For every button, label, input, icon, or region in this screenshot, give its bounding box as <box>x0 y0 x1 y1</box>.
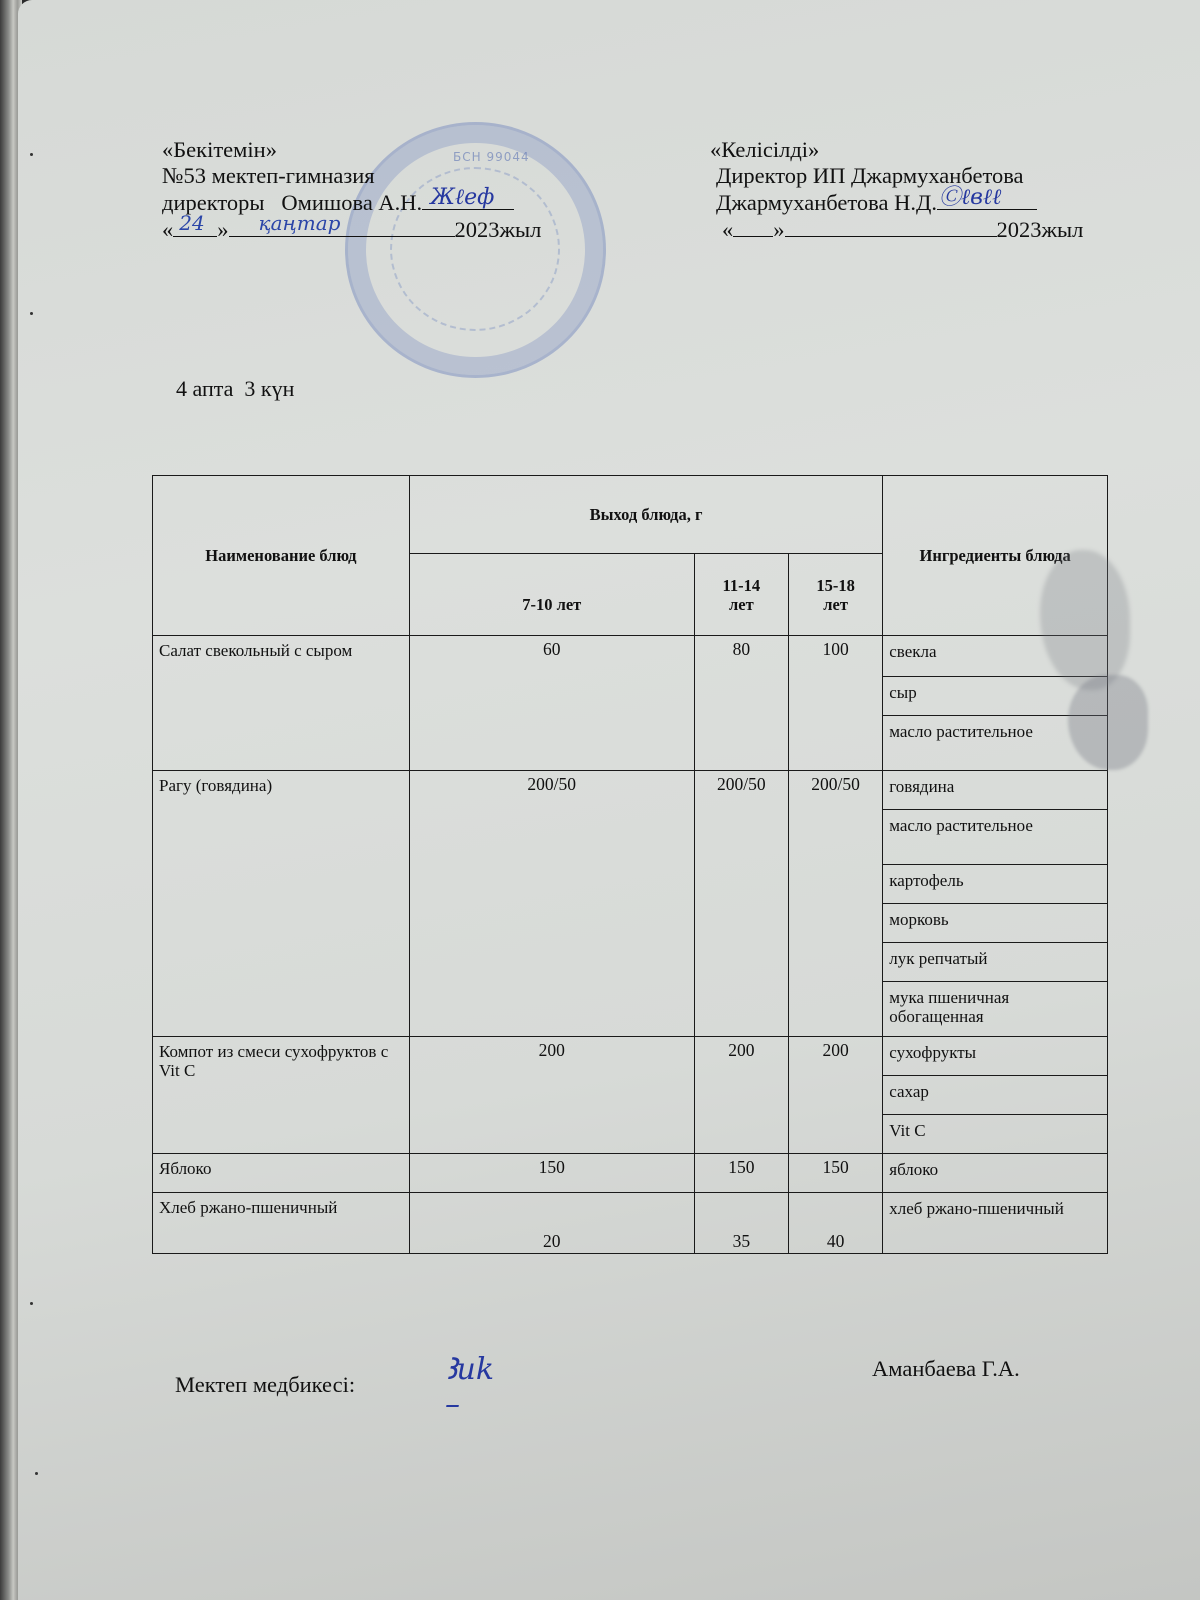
table-row: Компот из смеси сухофруктов с Vit C20020… <box>153 1037 1108 1154</box>
header-age-7-10: 7-10 лет <box>409 554 694 636</box>
agreement-date-line: «»2023жыл <box>722 216 1083 243</box>
ingredient-item: хлеб ржано-пшеничный <box>883 1193 1107 1253</box>
approval-block: «Бекітемін» №53 мектеп-гимназия директор… <box>162 137 541 243</box>
ingredient-item: лук репчатый <box>883 943 1107 982</box>
menu-table: Наименование блюд Выход блюда, г Ингреди… <box>152 475 1108 1254</box>
punch-dot <box>30 1302 33 1305</box>
dish-name-cell: Яблоко <box>153 1154 410 1193</box>
agreement-role: Директор ИП Джармуханбетова <box>716 163 1083 189</box>
yield-age-2-cell: 80 <box>694 636 788 771</box>
header-yield: Выход блюда, г <box>409 476 882 554</box>
table-row: Яблоко150150150яблоко <box>153 1154 1108 1193</box>
yield-age-3-cell: 40 <box>788 1193 882 1254</box>
ingredient-item: картофель <box>883 865 1107 904</box>
ingredient-item: говядина <box>883 771 1107 810</box>
ingredient-item: морковь <box>883 904 1107 943</box>
header-dish-name: Наименование блюд <box>153 476 410 636</box>
agreement-year: 2023жыл <box>997 217 1084 242</box>
yield-age-2-cell: 200/50 <box>694 771 788 1037</box>
punch-dot <box>30 153 33 156</box>
ingredients-cell: говядинамасло растительноекартофельморко… <box>883 771 1108 1037</box>
ingredient-item: масло растительное <box>883 810 1107 865</box>
date-quote-open: « <box>162 217 173 242</box>
dish-name-cell: Рагу (говядина) <box>153 771 410 1037</box>
yield-age-3-cell: 100 <box>788 636 882 771</box>
approval-role: директоры <box>162 190 265 215</box>
partner-signature: Ⓒℓвℓℓ <box>939 185 1001 211</box>
approval-year: 2023жыл <box>455 217 542 242</box>
date-quote-close: » <box>217 217 228 242</box>
yield-age-1-cell: 200 <box>409 1037 694 1154</box>
table-row: Салат свекольный с сыром6080100свекласыр… <box>153 636 1108 771</box>
ink-smudge <box>1068 675 1148 770</box>
ingredients-cell: сухофруктысахарVit C <box>883 1037 1108 1154</box>
nurse-signature: Ꜣuk – <box>445 1352 494 1422</box>
yield-age-2-cell: 35 <box>694 1193 788 1254</box>
yield-age-3-cell: 200/50 <box>788 771 882 1037</box>
ingredients-cell: яблоко <box>883 1154 1108 1193</box>
week-day-label: 4 апта 3 күн <box>176 376 294 402</box>
agreement-title: «Келісілді» <box>710 137 1083 163</box>
approval-title: «Бекітемін» <box>162 137 541 163</box>
punch-dot <box>30 312 33 315</box>
agreement-block: «Келісілді» Директор ИП Джармуханбетова … <box>722 137 1083 243</box>
date-day-handwritten: 24 <box>179 210 204 236</box>
table-row: Рагу (говядина)200/50200/50200/50говядин… <box>153 771 1108 1037</box>
yield-age-3-cell: 200 <box>788 1037 882 1154</box>
approval-director-line: директоры Омишова А.Н.Ж︎ℓеф <box>162 189 541 216</box>
date-quote-open: « <box>722 217 733 242</box>
nurse-label: Мектеп медбикесі: <box>175 1372 355 1397</box>
nurse-signature-line: Мектеп медбикесі: Ꜣuk – <box>175 1372 355 1398</box>
punch-dot <box>35 1472 38 1475</box>
agreement-name-line: Джармуханбетова Н.Д.Ⓒℓвℓℓ <box>716 189 1083 216</box>
yield-age-1-cell: 150 <box>409 1154 694 1193</box>
dish-name-cell: Компот из смеси сухофруктов с Vit C <box>153 1037 410 1154</box>
yield-age-2-cell: 200 <box>694 1037 788 1154</box>
date-day-field: 24 <box>173 216 217 237</box>
date-month-handwritten: қаңтар <box>259 210 341 236</box>
nurse-name: Аманбаева Г.А. <box>872 1356 1020 1382</box>
ingredient-item: мука пшеничная обогащенная <box>883 982 1107 1036</box>
date-quote-close: » <box>773 217 784 242</box>
yield-age-1-cell: 20 <box>409 1193 694 1254</box>
ingredient-item: сухофрукты <box>883 1037 1107 1076</box>
yield-age-1-cell: 60 <box>409 636 694 771</box>
date-month-field: қаңтар <box>229 216 455 237</box>
agreement-signature-line: Ⓒℓвℓℓ <box>937 189 1037 210</box>
ingredient-item: Vit C <box>883 1115 1107 1153</box>
table-row: Хлеб ржано-пшеничный203540хлеб ржано-пше… <box>153 1193 1108 1254</box>
ingredients-cell: хлеб ржано-пшеничный <box>883 1193 1108 1254</box>
yield-age-1-cell: 200/50 <box>409 771 694 1037</box>
dish-name-cell: Салат свекольный с сыром <box>153 636 410 771</box>
yield-age-3-cell: 150 <box>788 1154 882 1193</box>
yield-age-2-cell: 150 <box>694 1154 788 1193</box>
director-signature: Ж︎ℓеф <box>430 185 494 211</box>
ingredient-item: сахар <box>883 1076 1107 1115</box>
header-age-15-18: 15-18 лет <box>788 554 882 636</box>
dish-name-cell: Хлеб ржано-пшеничный <box>153 1193 410 1254</box>
agreement-month-field <box>785 216 997 237</box>
approval-date-line: «24»қаңтар2023жыл <box>162 216 541 243</box>
ingredient-item: яблоко <box>883 1154 1107 1192</box>
agreement-name: Джармуханбетова Н.Д. <box>716 190 937 215</box>
header-age-11-14: 11-14 лет <box>694 554 788 636</box>
agreement-day-field <box>733 216 773 237</box>
approval-signature-line: Ж︎ℓеф <box>422 189 514 210</box>
